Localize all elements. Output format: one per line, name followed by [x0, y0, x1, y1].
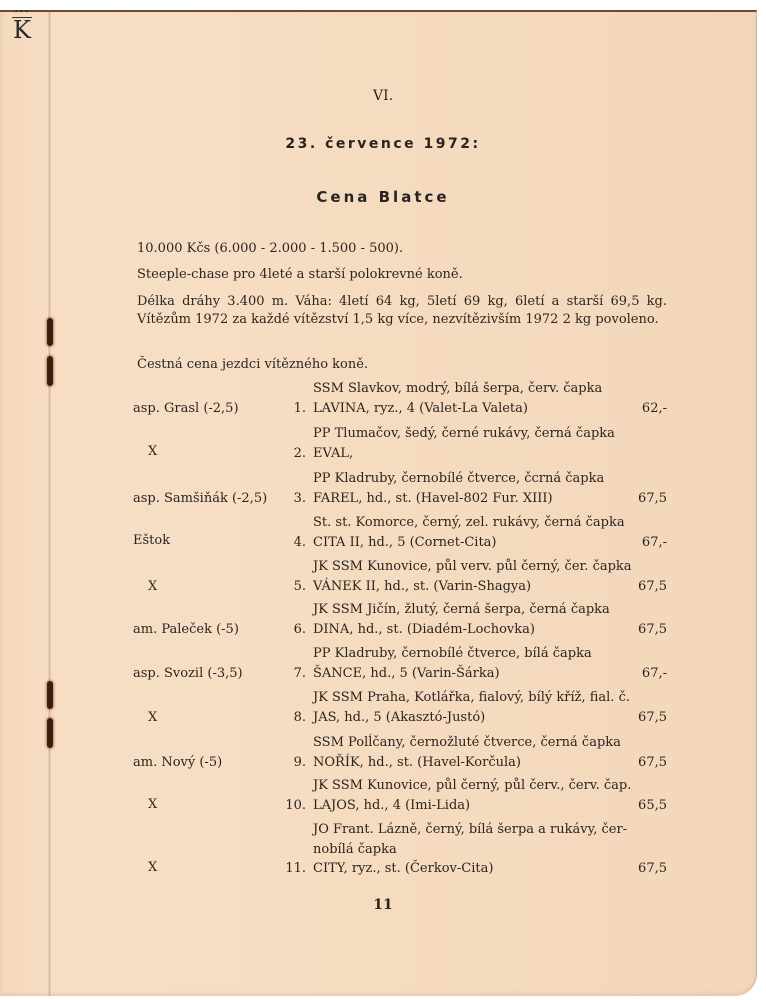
horse-info: CITA II, hd., 5 (Cornet-Cita) [313, 534, 497, 552]
owner-colors: St. st. Komorce, černý, zel. rukávy, čer… [313, 514, 673, 532]
jockey: asp. Svozil (-3,5) [133, 665, 243, 683]
k-letter-icon: K [10, 18, 34, 42]
crown-dots-icon: ••• [10, 8, 34, 16]
staple-mark [47, 718, 53, 748]
owner-colors: JK SSM Praha, Kotlářka, fialový, bílý kř… [313, 689, 673, 707]
staple-mark [47, 681, 53, 709]
horse-info: NOŘÍK, hd., st. (Havel-Korčula) [313, 754, 521, 772]
start-number: 5. [276, 578, 306, 596]
horse-info: FAREL, hd., st. (Havel-802 Fur. XIII) [313, 490, 553, 508]
weight: 67,5 [638, 754, 667, 772]
jockey: X [148, 578, 157, 596]
staple-mark [47, 318, 53, 346]
spine-fold [48, 12, 51, 996]
weight: 67,5 [638, 621, 667, 639]
horse-info: JAS, hd., 5 (Akasztó-Justó) [313, 709, 485, 727]
prize-text: 10.000 Kčs (6.000 - 2.000 - 1.500 - 500)… [137, 240, 667, 258]
weight: 67,5 [638, 578, 667, 596]
owner-colors: JK SSM Jičín, žlutý, černá šerpa, černá … [313, 601, 673, 619]
weight: 62,- [642, 400, 667, 418]
weight: 67,5 [638, 860, 667, 878]
owner-colors: SSM Slavkov, modrý, bílá šerpa, červ. ča… [313, 380, 673, 398]
library-logo: ••• K [10, 8, 34, 48]
horse-info: ŠANCE, hd., 5 (Varin-Šárka) [313, 665, 500, 683]
page-number: 11 [0, 897, 766, 913]
owner-colors-continued: nobílá čapka [313, 841, 673, 859]
section-number: VI. [0, 88, 766, 104]
start-number: 4. [276, 534, 306, 552]
scanned-page-background: ••• K VI. 23. července 1972: Cena Blatce… [0, 0, 766, 1000]
owner-colors: JK SSM Kunovice, půl verv. půl černý, če… [313, 558, 673, 576]
horse-info: LAJOS, hd., 4 (Imi-Lida) [313, 797, 470, 815]
start-number: 3. [276, 490, 306, 508]
jockey: X [148, 443, 157, 461]
distance-weights-text: Délka dráhy 3.400 m. Váha: 4letí 64 kg, … [137, 293, 667, 329]
jockey: am. Paleček (-5) [133, 621, 239, 639]
owner-colors: PP Kladruby, černobílé čtverce, čcrná ča… [313, 470, 673, 488]
staple-mark [47, 356, 53, 386]
horse-info: LAVINA, ryz., 4 (Valet-La Valeta) [313, 400, 528, 418]
horse-info: EVAL, [313, 445, 353, 463]
weight: 65,5 [638, 797, 667, 815]
start-number: 10. [276, 797, 306, 815]
horse-info: CITY, ryz., st. (Čerkov-Cita) [313, 860, 493, 878]
start-number: 7. [276, 665, 306, 683]
owner-colors: JK SSM Kunovice, půl černý, půl červ., č… [313, 777, 673, 795]
weight: 67,5 [638, 709, 667, 727]
jockey: X [148, 709, 157, 727]
start-number: 11. [276, 860, 306, 878]
race-date-heading: 23. července 1972: [0, 136, 766, 152]
horse-info: DINA, hd., st. (Diadém-Lochovka) [313, 621, 535, 639]
jockey: am. Nový (-5) [133, 754, 222, 772]
start-number: 6. [276, 621, 306, 639]
owner-colors: PP Kladruby, černobílé čtverce, bílá čap… [313, 645, 673, 663]
start-number: 9. [276, 754, 306, 772]
start-number: 8. [276, 709, 306, 727]
jockey: asp. Samšiňák (-2,5) [133, 490, 267, 508]
race-title: Cena Blatce [0, 188, 766, 206]
weight: 67,- [642, 534, 667, 552]
jockey: Eštok [133, 532, 170, 550]
owner-colors: PP Tlumačov, šedý, černé rukávy, černá č… [313, 425, 673, 443]
start-number: 1. [276, 400, 306, 418]
owner-colors: SSM Polĺčany, černožluté čtverce, černá … [313, 734, 673, 752]
jockey: X [148, 859, 157, 877]
start-number: 2. [276, 445, 306, 463]
weight: 67,5 [638, 490, 667, 508]
race-type-text: Steeple-chase pro 4leté a starší polokre… [137, 266, 667, 284]
owner-colors: JO Frant. Lázně, černý, bílá šerpa a ruk… [313, 821, 673, 839]
jockey: asp. Grasl (-2,5) [133, 400, 239, 418]
jockey: X [148, 796, 157, 814]
weight: 67,- [642, 665, 667, 683]
horse-info: VÁNEK II, hd., st. (Varin-Shagya) [313, 578, 531, 596]
honor-prize-text: Čestná cena jezdci vítězného koně. [137, 356, 667, 374]
